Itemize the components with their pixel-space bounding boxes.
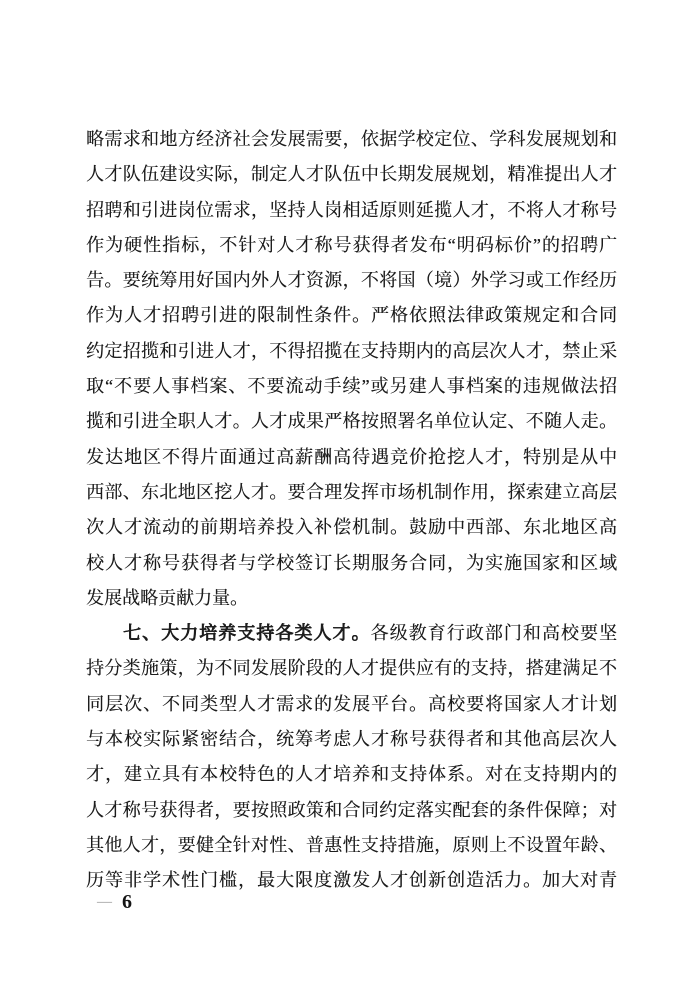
- text-run: 作为硬性指标，不针对人才称号获得者发布“明码标价”的招聘广: [86, 235, 617, 255]
- text-run: 约定招揽和引进人才，不得招揽在支持期内的高层次人才，禁止采: [86, 341, 617, 361]
- text-run: 与本校实际紧密结合，统筹考虑人才称号获得者和其他高层次人: [86, 729, 617, 749]
- text-line: 招聘和引进岗位需求，坚持人岗相适原则延揽人才，不将人才称号: [86, 193, 617, 228]
- text-line: 与本校实际紧密结合，统筹考虑人才称号获得者和其他高层次人: [86, 722, 617, 757]
- text-run: 取“不要人事档案、不要流动手续”或另建人事档案的违规做法招: [86, 376, 617, 396]
- text-line: 历等非学术性门槛，最大限度激发人才创新创造活力。加大对青: [86, 863, 617, 898]
- text-run: 次人才流动的前期培养投入补偿机制。鼓励中西部、东北地区高: [86, 517, 617, 537]
- text-line: 七、大力培养支持各类人才。各级教育行政部门和高校要坚: [86, 616, 617, 651]
- text-run: 揽和引进全职人才。人才成果严格按照署名单位认定、不随人走。: [86, 411, 617, 431]
- text-line: 发展战略贡献力量。: [86, 581, 617, 616]
- text-line: 作为人才招聘引进的限制性条件。严格依照法律政策规定和合同: [86, 298, 617, 333]
- text-line: 约定招揽和引进人才，不得招揽在支持期内的高层次人才，禁止采: [86, 334, 617, 369]
- text-run: 发达地区不得片面通过高薪酬高待遇竞价抢挖人才，特别是从中: [86, 447, 617, 467]
- text-run: 才，建立具有本校特色的人才培养和支持体系。对在支持期内的: [86, 764, 617, 784]
- text-run: 人才队伍建设实际，制定人才队伍中长期发展规划，精准提出人才: [86, 164, 617, 184]
- text-run: 人才称号获得者，要按照政策和合同约定落实配套的条件保障；对: [86, 800, 617, 820]
- text-run: 招聘和引进岗位需求，坚持人岗相适原则延揽人才，不将人才称号: [86, 200, 617, 220]
- text-run: 其他人才，要健全针对性、普惠性支持措施，原则上不设置年龄、资: [86, 835, 617, 863]
- text-line: 取“不要人事档案、不要流动手续”或另建人事档案的违规做法招: [86, 369, 617, 404]
- text-run: 各级教育行政部门和高校要坚: [371, 623, 617, 643]
- section-heading: 七、大力培养支持各类人才。: [123, 623, 371, 643]
- text-run: 西部、东北地区挖人才。要合理发挥市场机制作用，探索建立高层: [86, 482, 617, 502]
- page-number-value: 6: [122, 891, 132, 914]
- text-line: 告。要统筹用好国内外人才资源，不将国（境）外学习或工作经历: [86, 263, 617, 298]
- text-line: 人才队伍建设实际，制定人才队伍中长期发展规划，精准提出人才: [86, 157, 617, 192]
- text-run: 作为人才招聘引进的限制性条件。严格依照法律政策规定和合同: [86, 305, 617, 325]
- text-line: 人才称号获得者，要按照政策和合同约定落实配套的条件保障；对: [86, 793, 617, 828]
- text-line: 才，建立具有本校特色的人才培养和支持体系。对在支持期内的: [86, 757, 617, 792]
- page-number-dash: —: [97, 894, 113, 911]
- text-run: 略需求和地方经济社会发展需要，依据学校定位、学科发展规划和: [86, 129, 617, 149]
- text-line: 同层次、不同类型人才需求的发展平台。高校要将国家人才计划: [86, 687, 617, 722]
- text-line: 发达地区不得片面通过高薪酬高待遇竞价抢挖人才，特别是从中: [86, 440, 617, 475]
- text-run: 同层次、不同类型人才需求的发展平台。高校要将国家人才计划: [86, 694, 617, 714]
- text-run: 校人才称号获得者与学校签订长期服务合同，为实施国家和区域: [86, 553, 617, 573]
- text-line: 作为硬性指标，不针对人才称号获得者发布“明码标价”的招聘广: [86, 228, 617, 263]
- page: 略需求和地方经济社会发展需要，依据学校定位、学科发展规划和人才队伍建设实际，制定…: [0, 0, 700, 990]
- text-line: 校人才称号获得者与学校签订长期服务合同，为实施国家和区域: [86, 546, 617, 581]
- text-run: 持分类施策，为不同发展阶段的人才提供应有的支持，搭建满足不: [86, 658, 617, 678]
- text-line: 次人才流动的前期培养投入补偿机制。鼓励中西部、东北地区高: [86, 510, 617, 545]
- text-run: 告。要统筹用好国内外人才资源，不将国（境）外学习或工作经历: [86, 270, 617, 290]
- text-line: 西部、东北地区挖人才。要合理发挥市场机制作用，探索建立高层: [86, 475, 617, 510]
- text-line: 揽和引进全职人才。人才成果严格按照署名单位认定、不随人走。: [86, 404, 617, 439]
- text-line: 略需求和地方经济社会发展需要，依据学校定位、学科发展规划和: [86, 122, 617, 157]
- text-run: 历等非学术性门槛，最大限度激发人才创新创造活力。加大对青: [86, 870, 617, 890]
- scanned-document-page: { "document": { "page_number": "6", "pag…: [0, 0, 700, 990]
- document-text-block: 略需求和地方经济社会发展需要，依据学校定位、学科发展规划和人才队伍建设实际，制定…: [86, 122, 617, 899]
- text-run: 发展战略贡献力量。: [86, 588, 248, 608]
- text-line: 其他人才，要健全针对性、普惠性支持措施，原则上不设置年龄、资: [86, 828, 617, 863]
- text-line: 持分类施策，为不同发展阶段的人才提供应有的支持，搭建满足不: [86, 651, 617, 686]
- page-number: — 6: [97, 890, 132, 914]
